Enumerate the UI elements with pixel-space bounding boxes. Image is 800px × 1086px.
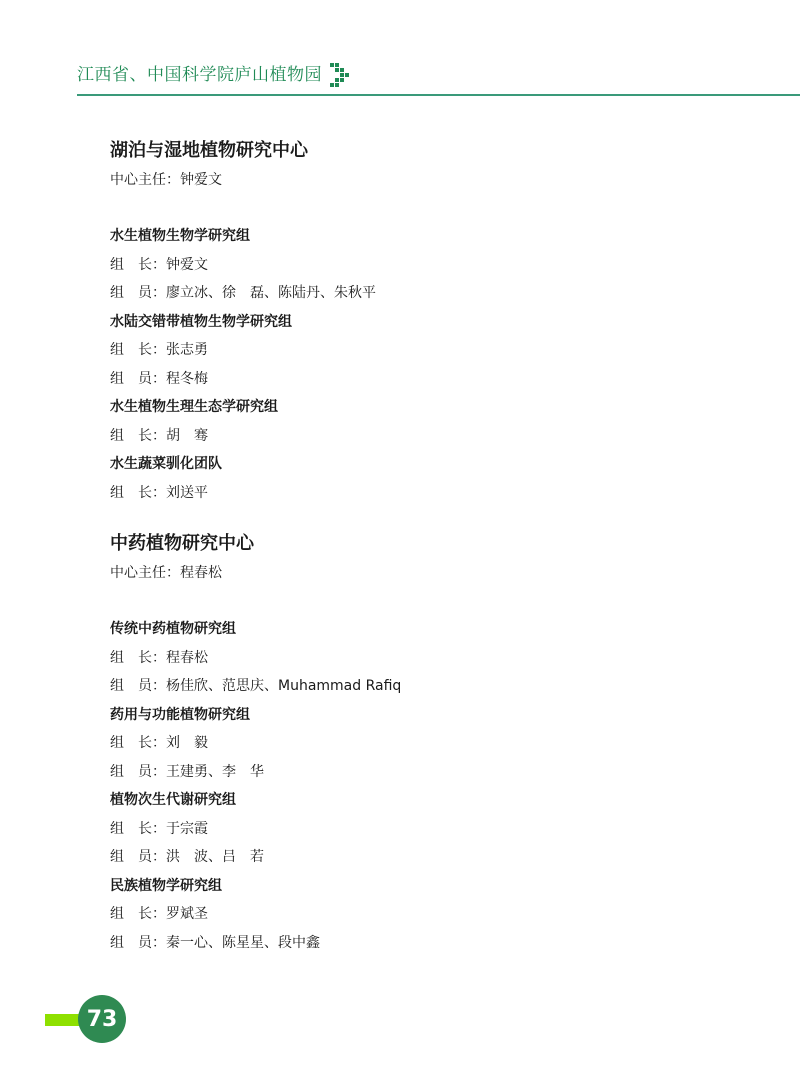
- chevron-dots-icon: [330, 63, 354, 83]
- header-title: 江西省、中国科学院庐山植物园: [77, 60, 322, 85]
- group-members: 组 员：廖立冰、徐 磊、陈陆丹、朱秋平: [110, 279, 750, 308]
- center-director: 中心主任：程春松: [110, 559, 750, 587]
- group-leader: 组 长：程春松: [110, 644, 750, 673]
- center-director: 中心主任：钟爱文: [110, 166, 750, 194]
- group-name: 传统中药植物研究组: [110, 615, 750, 644]
- group-members: 组 员：洪 波、吕 若: [110, 843, 750, 872]
- center-title: 湖泊与湿地植物研究中心: [110, 136, 750, 166]
- page-header: 江西省、中国科学院庐山植物园: [77, 60, 354, 85]
- group-name: 水生植物生理生态学研究组: [110, 393, 750, 422]
- group-members: 组 员：程冬梅: [110, 365, 750, 394]
- page-number: 73: [78, 995, 126, 1043]
- center-title: 中药植物研究中心: [110, 529, 750, 559]
- research-center: 湖泊与湿地植物研究中心 中心主任：钟爱文 水生植物生物学研究组 组 长：钟爱文 …: [110, 136, 750, 507]
- group-members: 组 员：杨佳欣、范思庆、Muhammad Rafiq: [110, 672, 750, 701]
- header-divider: [77, 94, 800, 96]
- group-members: 组 员：秦一心、陈星星、段中鑫: [110, 929, 750, 958]
- content: 湖泊与湿地植物研究中心 中心主任：钟爱文 水生植物生物学研究组 组 长：钟爱文 …: [110, 136, 750, 957]
- group-leader: 组 长：罗斌圣: [110, 900, 750, 929]
- group-leader: 组 长：钟爱文: [110, 251, 750, 280]
- group-leader: 组 长：刘送平: [110, 479, 750, 508]
- group-leader: 组 长：胡 骞: [110, 422, 750, 451]
- group-name: 植物次生代谢研究组: [110, 786, 750, 815]
- research-center: 中药植物研究中心 中心主任：程春松 传统中药植物研究组 组 长：程春松 组 员：…: [110, 529, 750, 957]
- group-leader: 组 长：刘 毅: [110, 729, 750, 758]
- group-name: 民族植物学研究组: [110, 872, 750, 901]
- group-name: 水生蔬菜驯化团队: [110, 450, 750, 479]
- group-leader: 组 长：张志勇: [110, 336, 750, 365]
- group-members: 组 员：王建勇、李 华: [110, 758, 750, 787]
- group-name: 水生植物生物学研究组: [110, 222, 750, 251]
- group-name: 水陆交错带植物生物学研究组: [110, 308, 750, 337]
- group-name: 药用与功能植物研究组: [110, 701, 750, 730]
- group-leader: 组 长：于宗霞: [110, 815, 750, 844]
